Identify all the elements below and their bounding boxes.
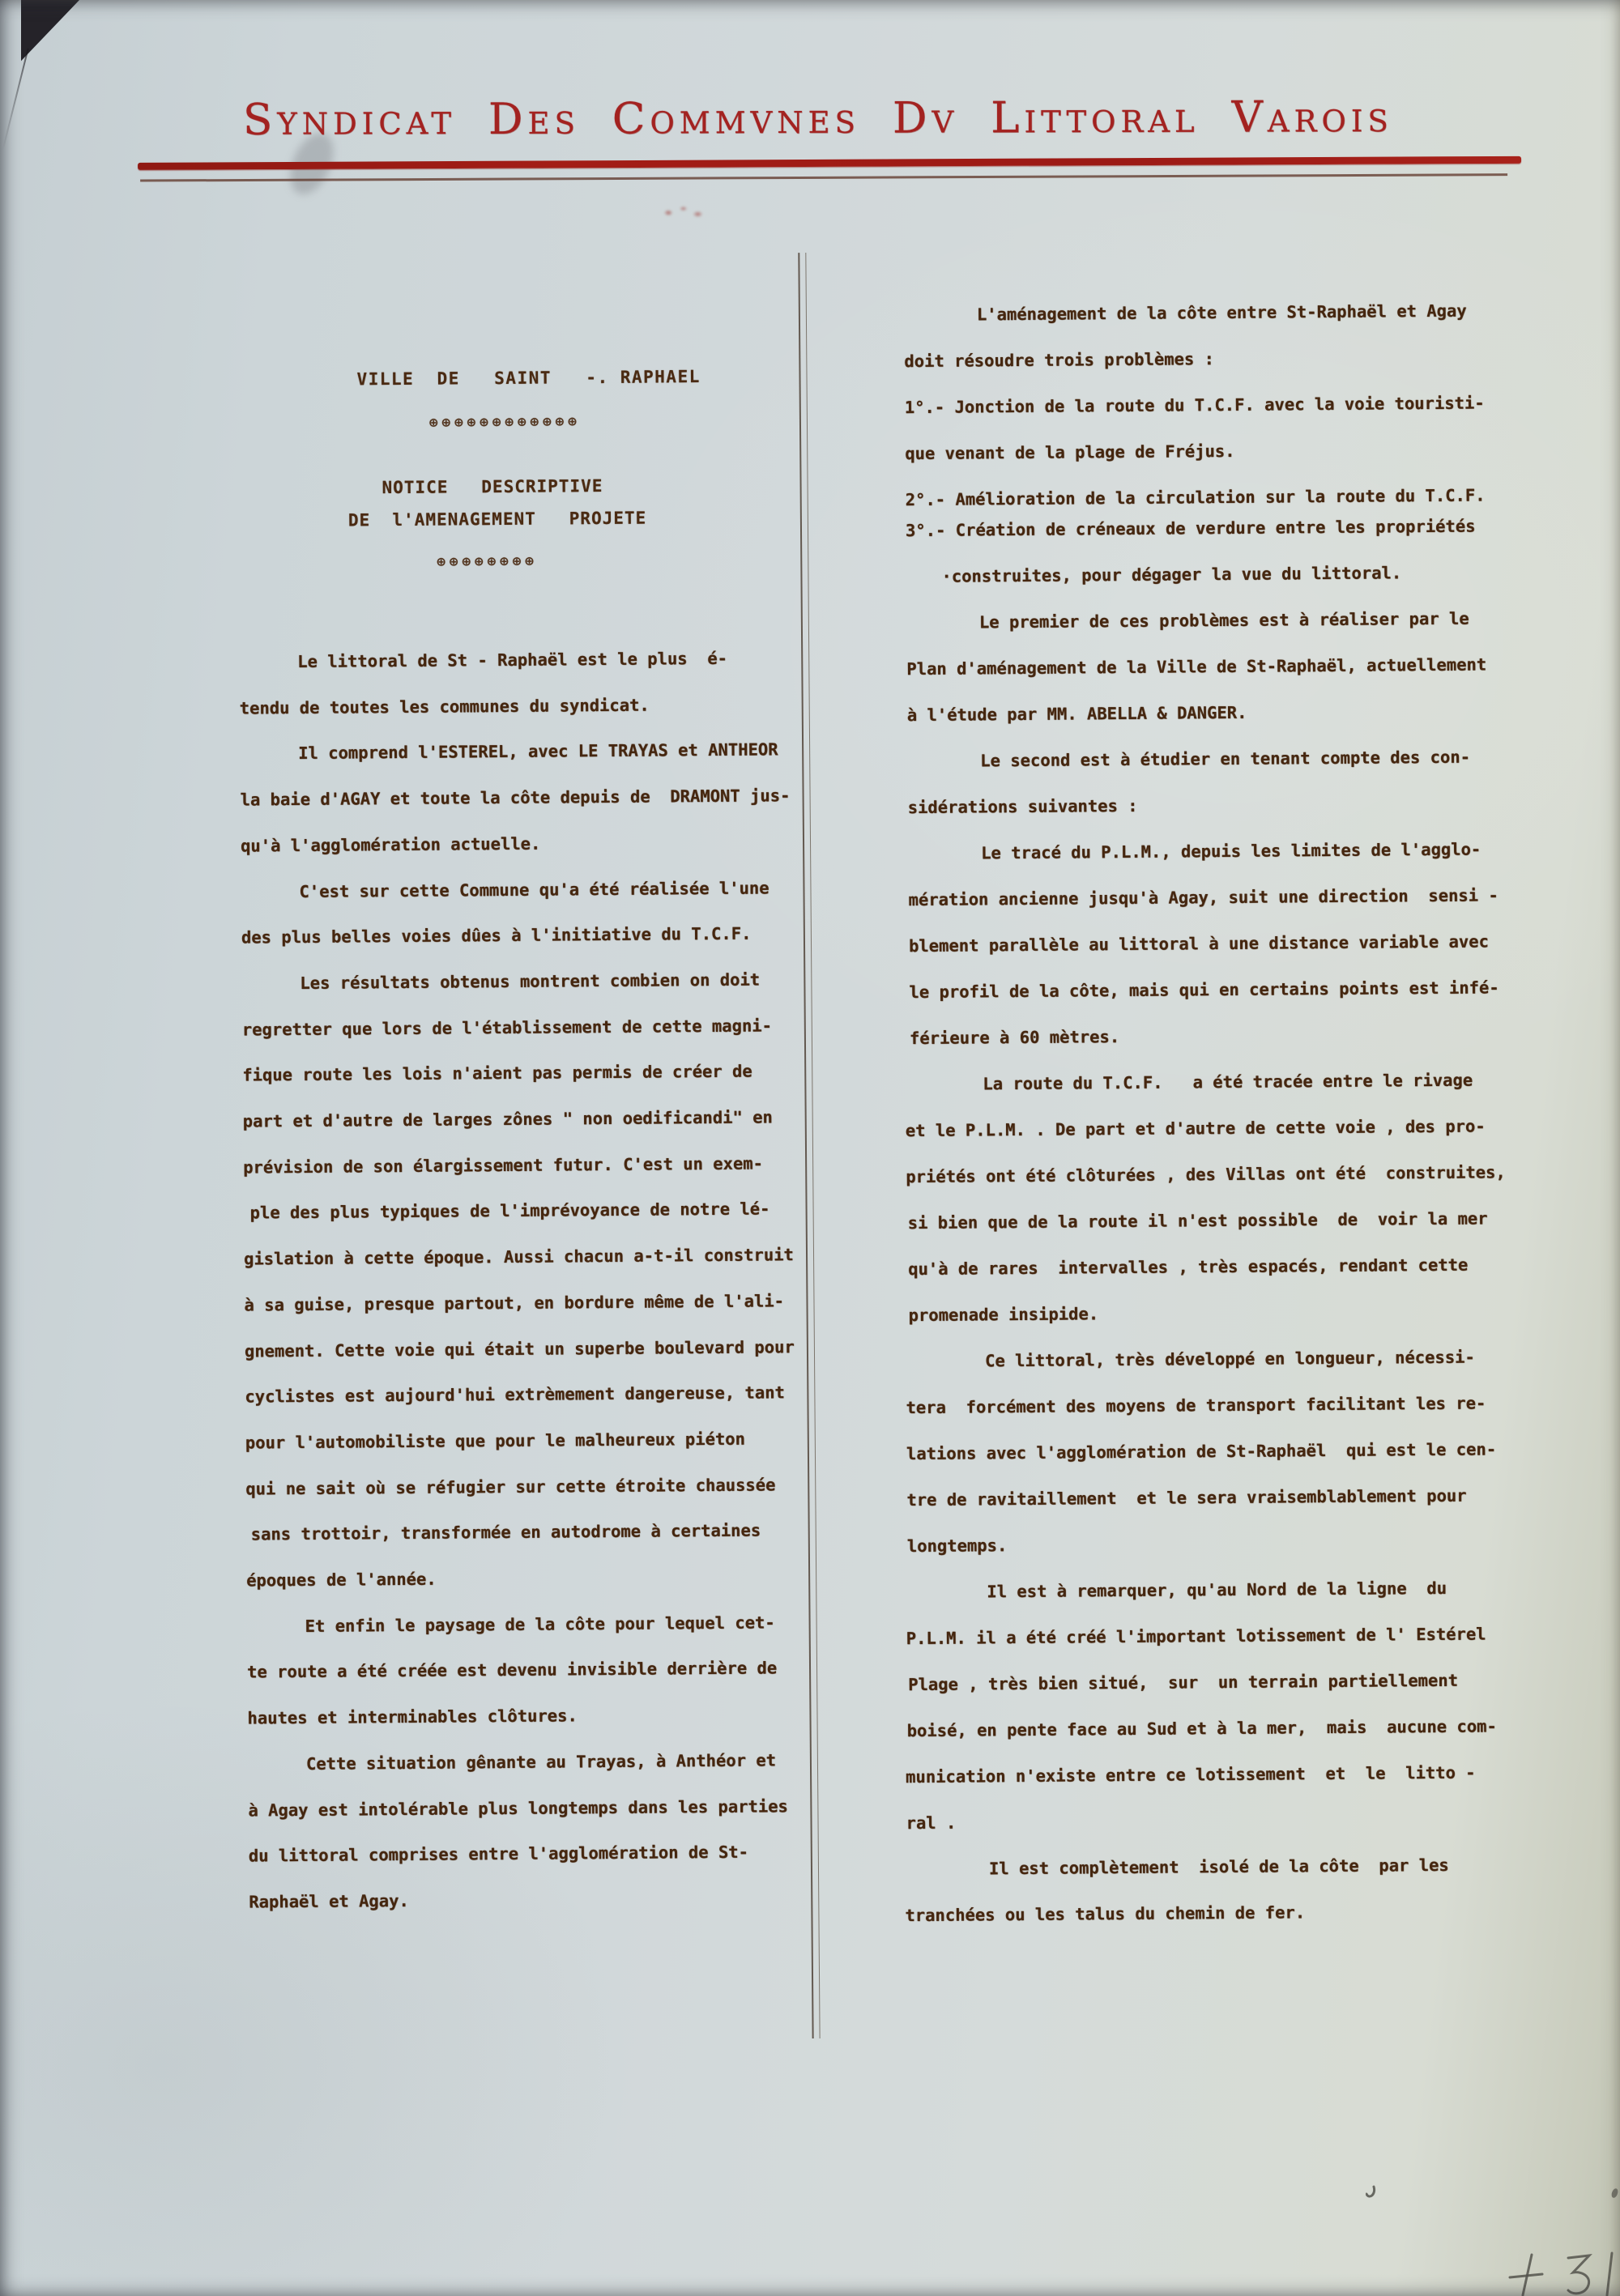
document-subtitle-line2: DE l'AMENAGEMENT PROJETE xyxy=(348,509,647,530)
document-body: VILLE DE SAINT -. RAPHAEL ⊕⊕⊕⊕⊕⊕⊕⊕⊕⊕⊕⊕ N… xyxy=(0,0,1620,2296)
typewritten-line: promenade insipide. xyxy=(909,1304,1099,1325)
typewritten-line: tre de ravitaillement et le sera vraisem… xyxy=(906,1486,1466,1510)
typewritten-line: te route a été créée est devenu invisibl… xyxy=(247,1658,777,1681)
typewritten-line: tranchées ou les talus du chemin de fer. xyxy=(905,1902,1305,1925)
typewritten-line: Il est à remarquer, qu'au Nord de la lig… xyxy=(987,1578,1447,1601)
typewritten-line: Et enfin le paysage de la côte pour lequ… xyxy=(305,1612,775,1636)
typewritten-line: doit résoudre trois problèmes : xyxy=(904,349,1214,371)
typewritten-line: Plage , très bien situé, sur un terrain … xyxy=(908,1671,1458,1694)
typewritten-line: gislation à cette époque. Aussi chacun a… xyxy=(244,1245,794,1268)
typewritten-line: cyclistes est aujourd'hui extrèmement da… xyxy=(245,1382,785,1406)
typewritten-line: lations avec l'agglomération de St-Rapha… xyxy=(906,1439,1496,1463)
typewritten-line: tendu de toutes les communes du syndicat… xyxy=(240,696,650,718)
document-title-block: VILLE DE SAINT -. RAPHAEL ⊕⊕⊕⊕⊕⊕⊕⊕⊕⊕⊕⊕ N… xyxy=(0,0,1618,6)
right-column: L'aménagement de la côte entre St-Raphaë… xyxy=(0,0,1618,6)
typewritten-line: le profil de la côte, mais qui en certai… xyxy=(909,978,1498,1002)
typewritten-line: La route du T.C.F. a été tracée entre le… xyxy=(983,1071,1473,1094)
left-column: Le littoral de St - Raphaël est le plus … xyxy=(0,0,1618,6)
typewritten-line: que venant de la plage de Fréjus. xyxy=(905,441,1234,463)
typewritten-line: et le P.L.M. . De part et d'autre de cet… xyxy=(906,1116,1486,1140)
typewritten-line: blement parallèle au littoral à une dist… xyxy=(909,931,1489,956)
typewritten-line: Il comprend l'ESTEREL, avec LE TRAYAS et… xyxy=(298,739,778,763)
typewritten-line: ral . xyxy=(906,1813,956,1833)
typewritten-line: longtemps. xyxy=(907,1536,1008,1556)
typewritten-line: boisé, en pente face au Sud et à la mer,… xyxy=(907,1716,1497,1740)
typewritten-line: si bien que de la route il n'est possibl… xyxy=(908,1208,1488,1233)
typewritten-line: du littoral comprises entre l'agglomérat… xyxy=(249,1842,748,1866)
typewritten-line: prévision de son élargissement futur. C'… xyxy=(243,1153,763,1177)
typewritten-line: tera forcément des moyens de transport f… xyxy=(906,1393,1486,1417)
typewritten-line: 1°.- Jonction de la route du T.C.F. avec… xyxy=(905,393,1485,417)
typewritten-line: à Agay est intolérable plus longtemps da… xyxy=(248,1796,788,1820)
typewritten-line: Ce littoral, très développé en longueur,… xyxy=(985,1348,1475,1371)
typewritten-line: Il est complètement isolé de la côte par… xyxy=(989,1855,1449,1878)
typewritten-line: sidérations suivantes : xyxy=(908,796,1138,817)
typewritten-line: des plus belles voies dûes à l'initiativ… xyxy=(241,924,752,948)
typewritten-line: part et d'autre de larges zônes " non oe… xyxy=(243,1107,773,1131)
typewritten-line: priétés ont été clôturées , des Villas o… xyxy=(906,1162,1506,1186)
typewritten-line: P.L.M. il a été créé l'important lotisse… xyxy=(906,1624,1486,1648)
document-page: SYNDICATDESCOMMVNESDVLITTORALVAROIS VILL… xyxy=(0,0,1620,2296)
typewritten-line: Cette situation gênante au Trayas, à Ant… xyxy=(306,1750,776,1774)
typewritten-line: à sa guise, presque partout, en bordure … xyxy=(244,1291,784,1314)
typewritten-line: hautes et interminables clôtures. xyxy=(247,1706,577,1727)
typewritten-line: regretter que lors de l'établissement de… xyxy=(242,1016,772,1039)
typewritten-line: Plan d'aménagement de la Ville de St-Rap… xyxy=(906,654,1486,679)
ornament-row-top: ⊕⊕⊕⊕⊕⊕⊕⊕⊕⊕⊕⊕ xyxy=(428,414,580,429)
typewritten-line: Le tracé du P.L.M., depuis les limites d… xyxy=(981,840,1481,863)
typewritten-line: 2°.- Amélioration de la circulation sur … xyxy=(906,485,1486,509)
typewritten-line: mération ancienne jusqu'à Agay, suit une… xyxy=(908,885,1498,909)
typewritten-line: Raphaël et Agay. xyxy=(249,1891,409,1912)
pencil-curl-mark xyxy=(1366,2185,1383,2204)
typewritten-line: à l'étude par MM. ABELLA & DANGER. xyxy=(907,703,1247,725)
typewritten-line: qui ne sait où se réfugier sur cette étr… xyxy=(245,1475,775,1498)
typewritten-line: sans trottoir, transformée en autodrome … xyxy=(251,1521,761,1544)
typewritten-line: ·construites, pour dégager la vue du lit… xyxy=(941,563,1401,586)
typewritten-line: pour l'automobiliste que pour le malheur… xyxy=(245,1429,745,1453)
typewritten-line: ple des plus typiques de l'imprévoyance … xyxy=(250,1199,770,1222)
typewritten-line: L'aménagement de la côte entre St-Raphaë… xyxy=(977,301,1467,325)
typewritten-line: époques de l'année. xyxy=(246,1570,437,1591)
typewritten-line: qu'à de rares intervalles , très espacés… xyxy=(908,1255,1468,1279)
typewritten-line: munication n'existe entre ce lotissement… xyxy=(906,1763,1476,1787)
typewritten-line: gnement. Cette voie qui était un superbe… xyxy=(245,1337,795,1361)
typewritten-line: 3°.- Création de créneaux de verdure ent… xyxy=(906,517,1476,541)
typewritten-line: qu'à l'agglomération actuelle. xyxy=(241,834,540,856)
document-title: VILLE DE SAINT -. RAPHAEL xyxy=(356,367,700,389)
ornament-row-bottom: ⊕⊕⊕⊕⊕⊕⊕⊕ xyxy=(436,554,537,569)
typewritten-line: Le second est à étudier en tenant compte… xyxy=(980,748,1470,771)
pencil-annotation xyxy=(1505,2248,1618,2296)
typewritten-line: Le premier de ces problèmes est à réalis… xyxy=(979,609,1469,633)
typewritten-line: C'est sur cette Commune qu'a été réalisé… xyxy=(299,878,769,901)
typewritten-line: Le littoral de St - Raphaël est le plus … xyxy=(297,649,727,671)
typewritten-line: Les résultats obtenus montrent combien o… xyxy=(300,970,760,993)
typewritten-line: fique route les lois n'aient pas permis … xyxy=(242,1062,752,1085)
document-subtitle-line1: NOTICE DESCRIPTIVE xyxy=(382,476,603,497)
typewritten-line: la baie d'AGAY et toute la côte depuis d… xyxy=(240,786,790,809)
typewritten-line: férieure à 60 mètres. xyxy=(910,1027,1119,1048)
column-divider xyxy=(798,253,820,2038)
